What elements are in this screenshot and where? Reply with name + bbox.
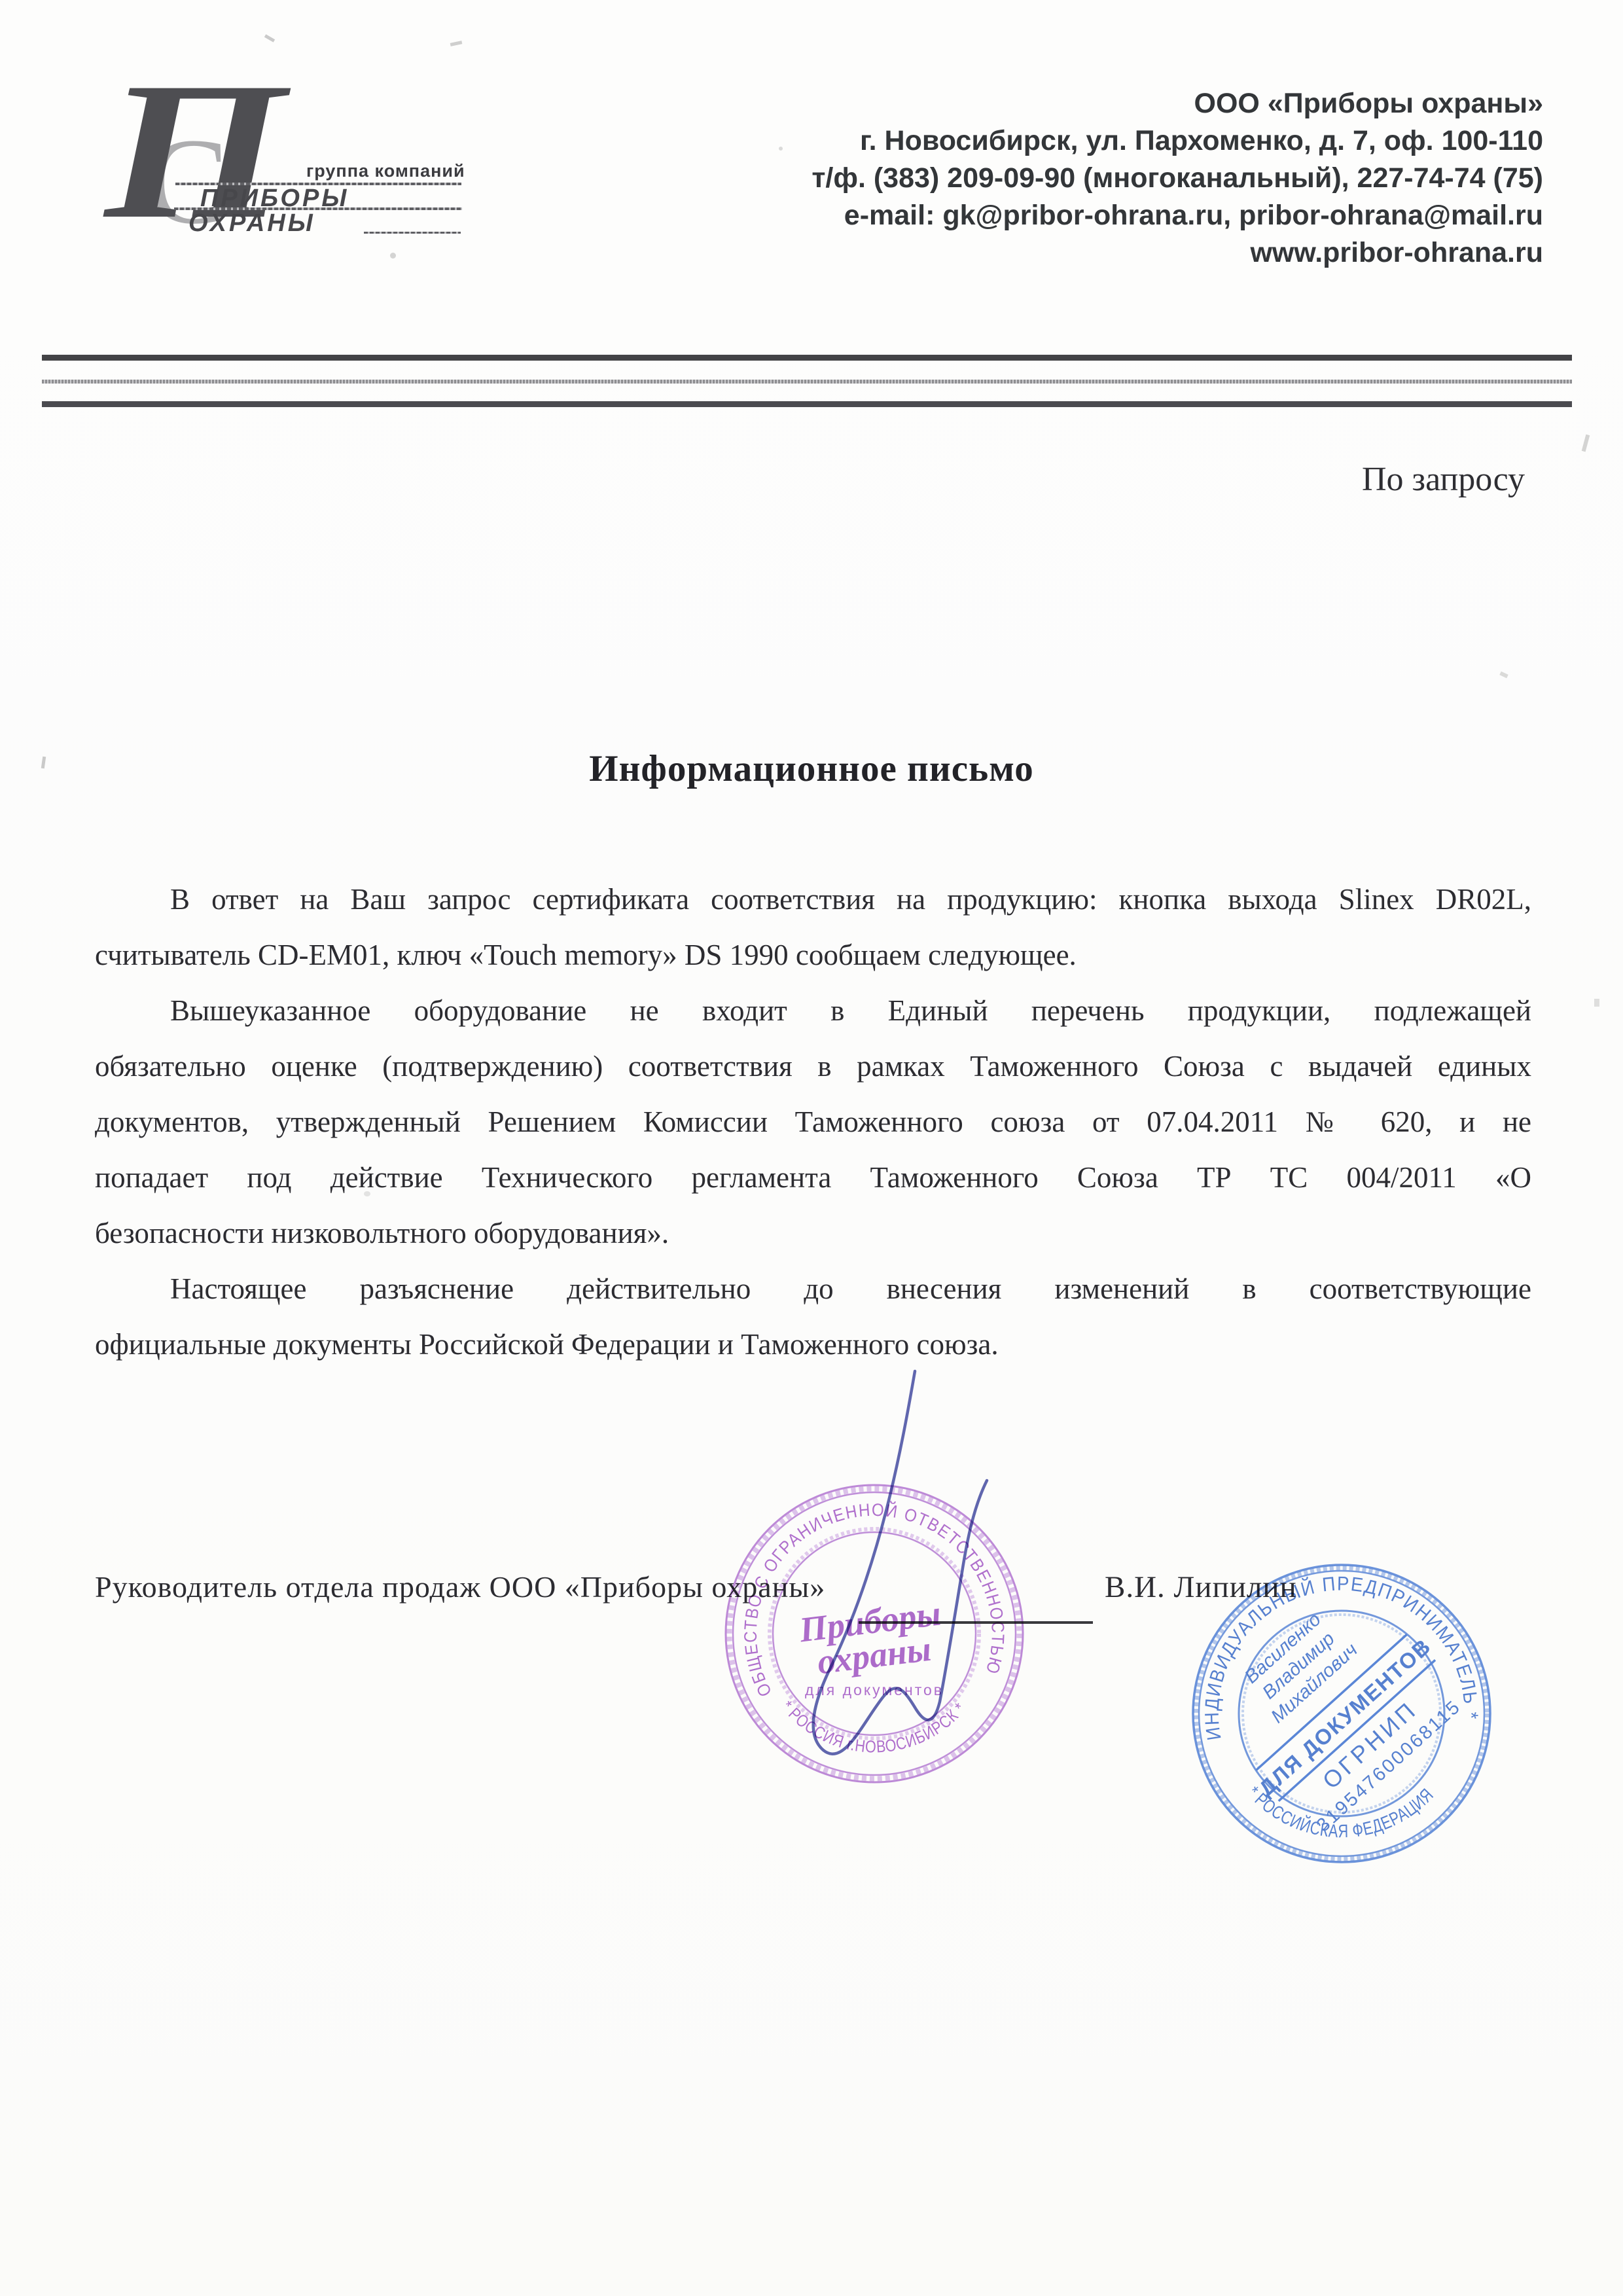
scan-speck <box>1582 435 1590 452</box>
body-line: попадает под действие Технического регла… <box>95 1150 1531 1206</box>
logo-group-label: группа компаний <box>306 161 465 181</box>
body-line: документов, утвержденный Решением Комисс… <box>95 1094 1531 1150</box>
body-line: безопасности низковольтного оборудования… <box>95 1206 1531 1261</box>
scanned-letter-page: С П группа компаний ПРИБОРЫ ОХРАНЫ ООО «… <box>0 0 1623 2296</box>
body-line: обязательно оценке (подтверждению) соотв… <box>95 1039 1531 1094</box>
body-line: В ответ на Ваш запрос сертификата соотве… <box>95 872 1531 927</box>
reference-note: По запросу <box>1362 460 1525 499</box>
company-name: ООО «Приборы охраны» <box>811 85 1543 122</box>
header-contacts: ООО «Приборы охраны» г. Новосибирск, ул.… <box>811 85 1543 272</box>
handwritten-signature <box>746 1348 1060 1793</box>
scan-speck <box>390 253 396 259</box>
company-phone: т/ф. (383) 209-09-90 (многоканальный), 2… <box>811 160 1543 197</box>
entrepreneur-round-stamp: ИНДИВИДУАЛЬНЫЙ ПРЕДПРИНИМАТЕЛЬ * * РОССИ… <box>1188 1561 1495 1869</box>
body-line: считыватель CD-EM01, ключ «Touch memory»… <box>95 927 1531 983</box>
scan-speck <box>1499 672 1508 679</box>
body-line: Настоящее разъяснение действительно до в… <box>95 1261 1531 1317</box>
scan-speck <box>364 1191 370 1196</box>
body-line: Вышеуказанное оборудование не входит в Е… <box>95 983 1531 1039</box>
divider-rule-bottom <box>42 401 1572 407</box>
logo-divider <box>364 232 461 234</box>
scan-speck <box>779 147 783 151</box>
letter-body: В ответ на Ваш запрос сертификата соотве… <box>95 872 1531 1372</box>
scan-speck <box>1594 999 1599 1007</box>
divider-rule-top <box>42 355 1572 361</box>
logo-word-ohrany: ОХРАНЫ <box>188 209 315 238</box>
scan-speck <box>450 41 463 46</box>
letter-title: Информационное письмо <box>0 747 1623 790</box>
company-address: г. Новосибирск, ул. Пархоменко, д. 7, оф… <box>811 122 1543 160</box>
company-website: www.pribor-ohrana.ru <box>811 234 1543 272</box>
company-email: e-mail: gk@pribor-ohrana.ru, pribor-ohra… <box>811 197 1543 234</box>
divider-rule-middle <box>42 380 1572 384</box>
